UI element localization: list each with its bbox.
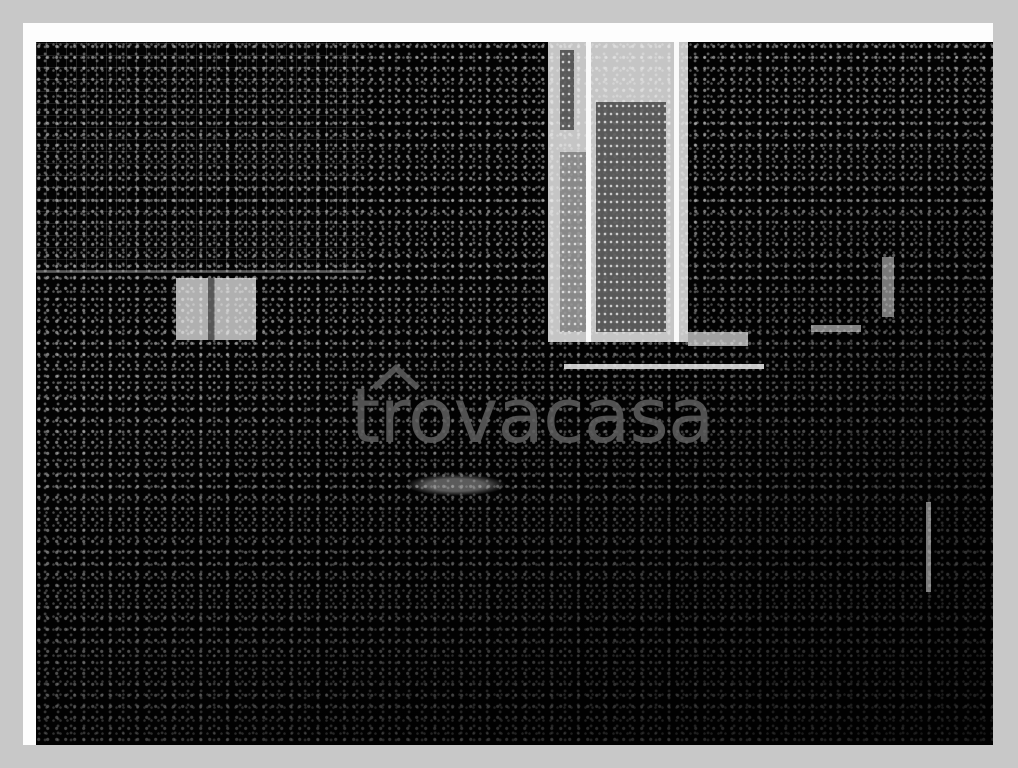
window — [548, 42, 688, 342]
wall-post — [882, 257, 894, 317]
window-pane — [560, 152, 586, 332]
window-sill-block — [688, 332, 748, 346]
window-pane — [596, 102, 666, 332]
window-mullion — [674, 42, 679, 342]
shelf-line — [36, 270, 366, 273]
window-mullion — [586, 42, 591, 342]
window-pane — [560, 50, 574, 130]
upper-wall-texture — [36, 42, 366, 272]
wall-ledge — [811, 325, 861, 332]
wall-pole — [926, 502, 931, 592]
watermark: trovacasa — [272, 360, 792, 470]
floor-fixture — [406, 474, 506, 496]
left-wall-frame — [176, 278, 256, 340]
room-photo: trovacasa — [36, 42, 993, 745]
house-roof-icon — [370, 364, 422, 390]
